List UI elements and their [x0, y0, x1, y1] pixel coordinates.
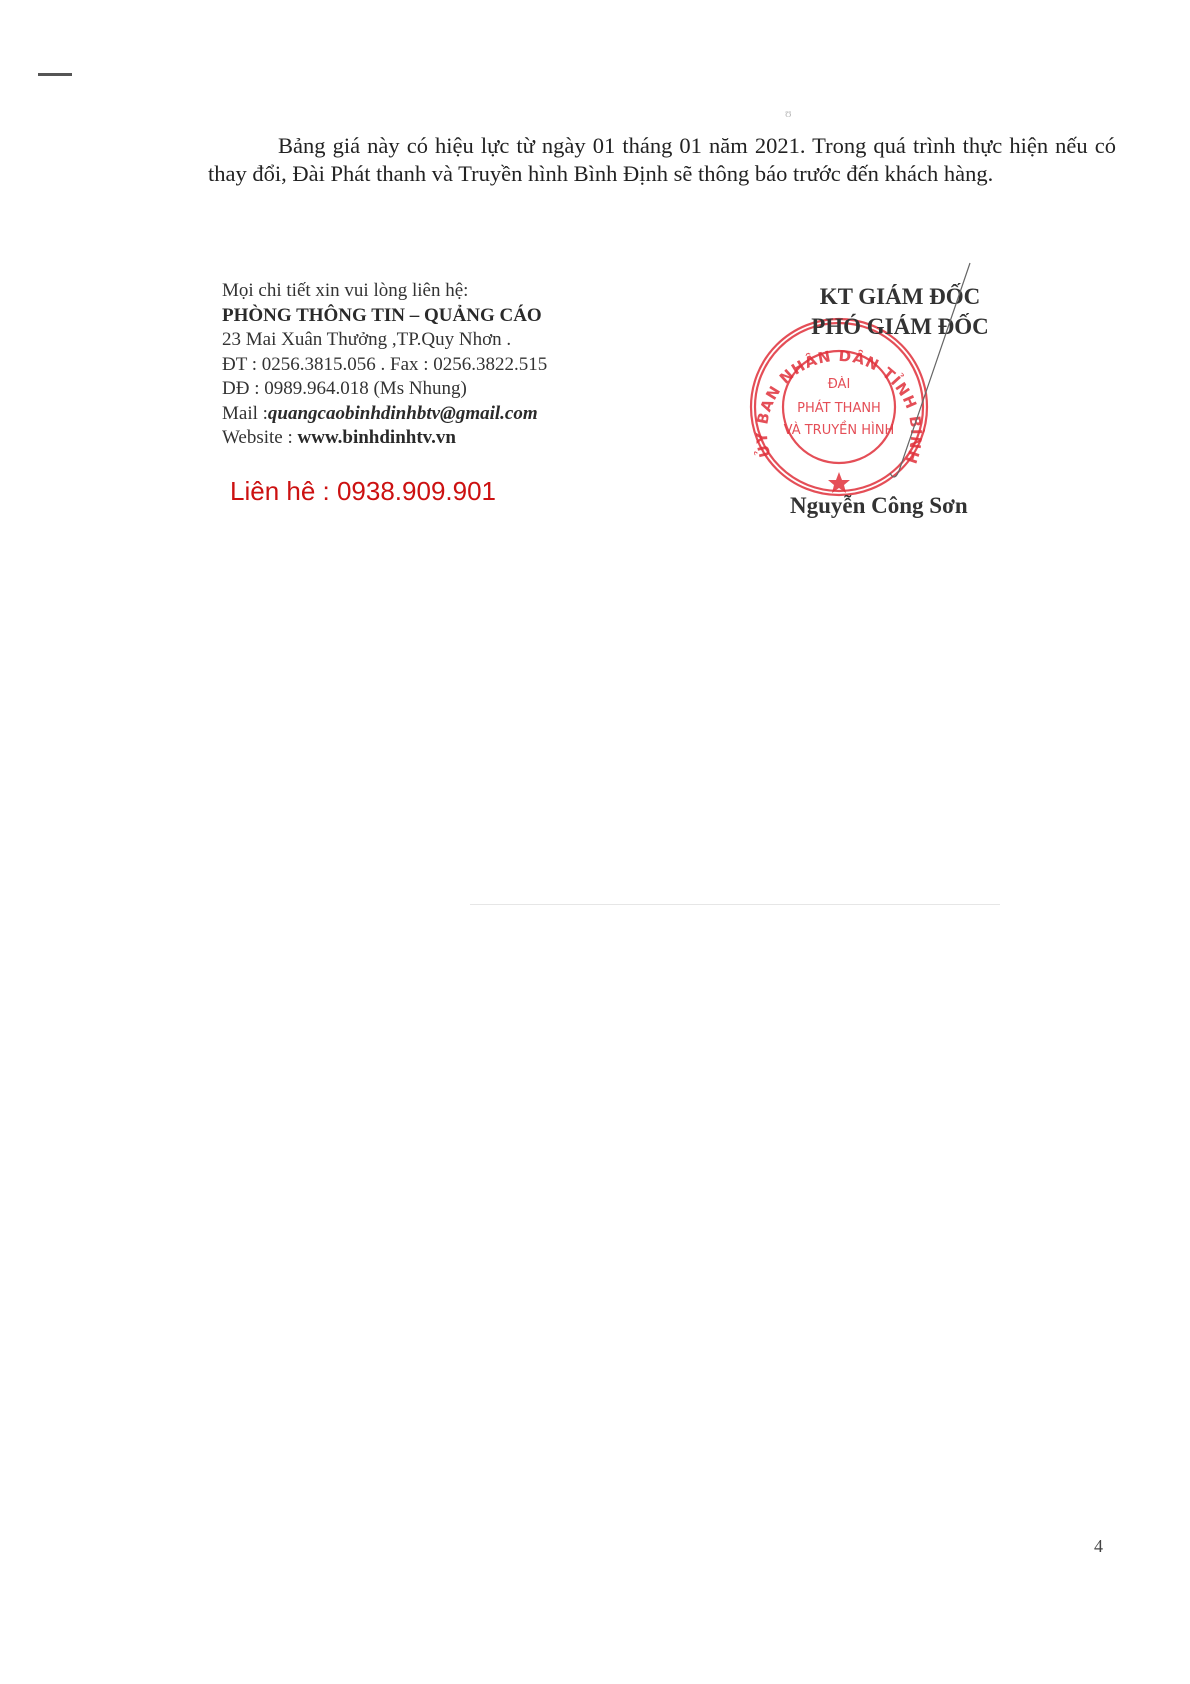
mobile: DĐ : 0989.964.018 (Ms Nhung) [222, 377, 547, 402]
validity-paragraph: Bảng giá này có hiệu lực từ ngày 01 thán… [208, 132, 1116, 188]
mail-label: Mail : [222, 403, 268, 424]
department-name: PHÒNG THÔNG TIN – QUẢNG CÁO [222, 304, 547, 329]
website-label: Website : [222, 427, 298, 448]
signer-name: Nguyễn Công Sơn [790, 493, 968, 519]
stamp-line-1: ĐÀI [828, 376, 851, 392]
scan-speck: ʊ [785, 106, 792, 121]
validity-text: Bảng giá này có hiệu lực từ ngày 01 thán… [208, 132, 1116, 188]
signature-stroke-icon [860, 258, 980, 518]
hotline: Liên hê : 0938.909.901 [230, 476, 496, 507]
phone-fax: ĐT : 0256.3815.056 . Fax : 0256.3822.515 [222, 353, 547, 378]
scan-line [470, 904, 1000, 905]
mail-link[interactable]: quangcaobinhdinhbtv@gmail.com [268, 403, 538, 424]
page-number: 4 [1094, 1536, 1103, 1557]
mail-line: Mail :quangcaobinhdinhbtv@gmail.com [222, 402, 547, 427]
website-line: Website : www.binhdinhtv.vn [222, 426, 547, 451]
website-link[interactable]: www.binhdinhtv.vn [298, 427, 456, 448]
contact-intro: Mọi chi tiết xin vui lòng liên hệ: [222, 279, 547, 304]
scan-mark [38, 73, 72, 76]
address: 23 Mai Xuân Thưởng ,TP.Quy Nhơn . [222, 328, 547, 353]
contact-block: Mọi chi tiết xin vui lòng liên hệ: PHÒNG… [222, 279, 547, 451]
